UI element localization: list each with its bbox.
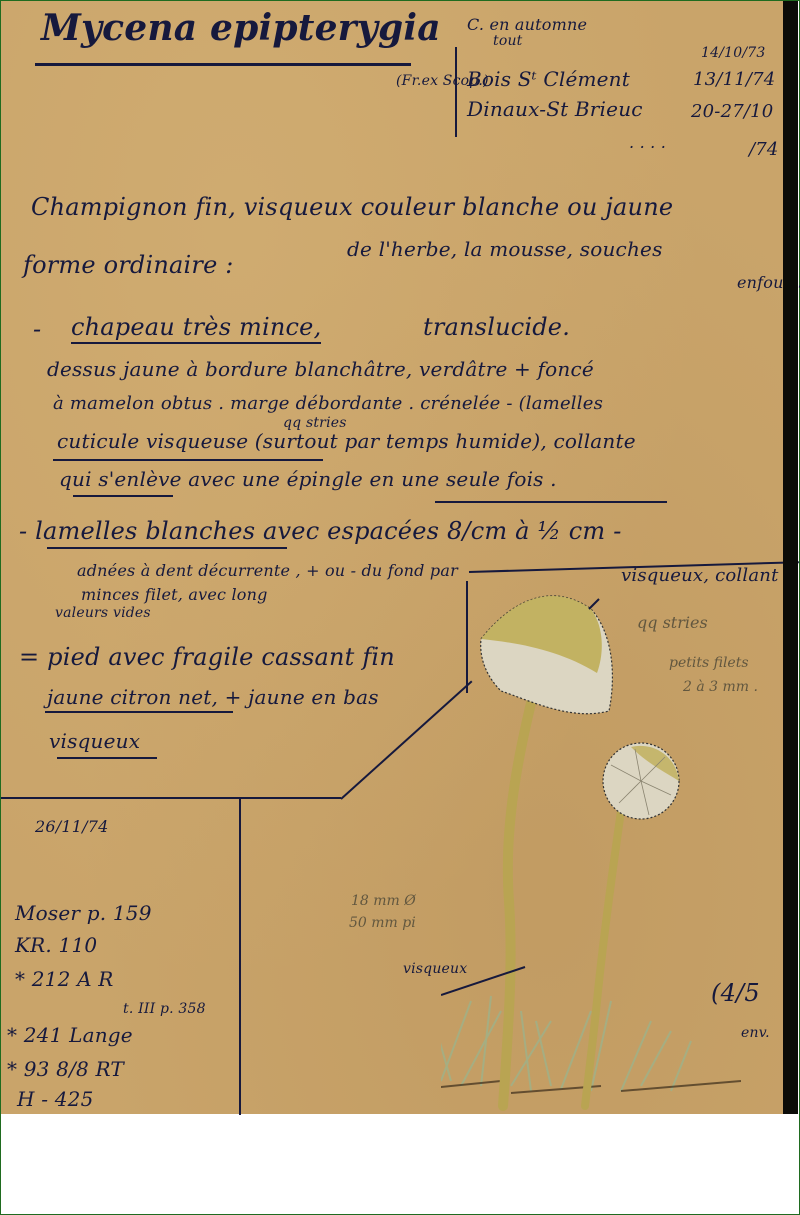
tall-stem-icon xyxy=(503,671,539,1106)
scale-sub-note: env. xyxy=(741,1025,770,1041)
reference-4: t. III p. 358 xyxy=(123,1001,206,1017)
small-cap-icon xyxy=(603,743,679,819)
stem-detail-2: visqueux xyxy=(49,729,140,753)
bullet-dash: - xyxy=(33,315,41,343)
reference-5: * 241 Lange xyxy=(7,1023,133,1047)
cap-heading-rest: translucide. xyxy=(423,313,570,341)
description-line-3: de l'herbe, la mousse, souches xyxy=(347,237,663,261)
habitat-sub: tout xyxy=(493,33,523,49)
reference-6: * 93 8/8 RT xyxy=(7,1057,124,1081)
sidebar-top-rule xyxy=(1,797,341,799)
sidebar-date: 26/11/74 xyxy=(35,817,108,836)
stem-heading-text: pied avec fragile cassant fin xyxy=(47,643,395,671)
stem-heading: = pied avec fragile cassant fin xyxy=(19,643,395,671)
locality-place-2: Dinaux-St Brieuc xyxy=(467,97,643,121)
short-stem-icon xyxy=(585,811,621,1106)
title-underline xyxy=(35,63,411,66)
gill-detail-2: minces filet, avec long xyxy=(81,585,268,604)
locality-date-2: 20-27/10 xyxy=(691,101,773,122)
seule-fois-underline xyxy=(435,501,667,503)
cap-heading-underlined: chapeau très mince, xyxy=(71,313,321,344)
cuticle-underline xyxy=(53,459,323,461)
locality-place-1: Bois Sᵗ Clément xyxy=(467,67,630,91)
habitat-header: C. en automne xyxy=(467,15,587,34)
reference-2: KR. 110 xyxy=(15,933,97,957)
gills-heading: - lamelles blanches avec espacées 8/cm à… xyxy=(19,517,622,545)
locality-place-3: . . . . xyxy=(629,133,666,152)
herbarium-card: Mycena epipterygia (Fr.ex Scop.) C. en a… xyxy=(1,1,783,1114)
gill-detail-3: valeurs vides xyxy=(55,605,151,621)
cap-dimension: 18 mm Ø xyxy=(351,893,416,909)
stem-detail-1: jaune citron net, + jaune en bas xyxy=(47,685,379,709)
reference-1: Moser p. 159 xyxy=(15,901,152,925)
gill-detail-1: adnées à dent décurrente , + ou - du fon… xyxy=(77,561,458,580)
cap-heading: chapeau très mince, xyxy=(71,313,321,341)
gills-underline xyxy=(47,547,287,549)
locality-date-3: /74 xyxy=(749,139,779,160)
enleve-underline xyxy=(73,495,173,497)
reference-7: H - 425 xyxy=(17,1087,94,1111)
cap-detail-5: qui s'enlève avec une épingle en une seu… xyxy=(59,467,557,491)
cap-detail-1: dessus jaune à bordure blanchâtre, verdâ… xyxy=(47,357,594,381)
locality-prior-date: 14/10/73 xyxy=(701,45,765,61)
scan-edge-shadow xyxy=(783,1,798,1114)
visqueux-underline xyxy=(57,757,157,759)
mushroom-illustration xyxy=(441,581,741,1111)
species-title: Mycena epipterygia xyxy=(41,7,441,49)
locality-date-1: 13/11/74 xyxy=(693,69,775,90)
cap-detail-2: à mamelon obtus . marge débordante . cré… xyxy=(53,393,603,414)
citron-underline xyxy=(45,711,233,713)
description-line-2: forme ordinaire : xyxy=(23,251,234,279)
reference-3: * 212 A R xyxy=(15,967,114,991)
large-cap-icon xyxy=(481,596,613,714)
sidebar-divider xyxy=(239,797,241,1115)
cap-detail-4: cuticule visqueuse (surtout par temps hu… xyxy=(57,429,636,453)
grass-icon xyxy=(441,996,691,1091)
gills-heading-text: lamelles blanches avec espacées 8/cm à ½… xyxy=(35,517,621,545)
header-divider xyxy=(455,47,457,137)
description-line-1: Champignon fin, visqueux couleur blanche… xyxy=(31,193,673,221)
stem-dimension: 50 mm pi xyxy=(349,915,416,931)
